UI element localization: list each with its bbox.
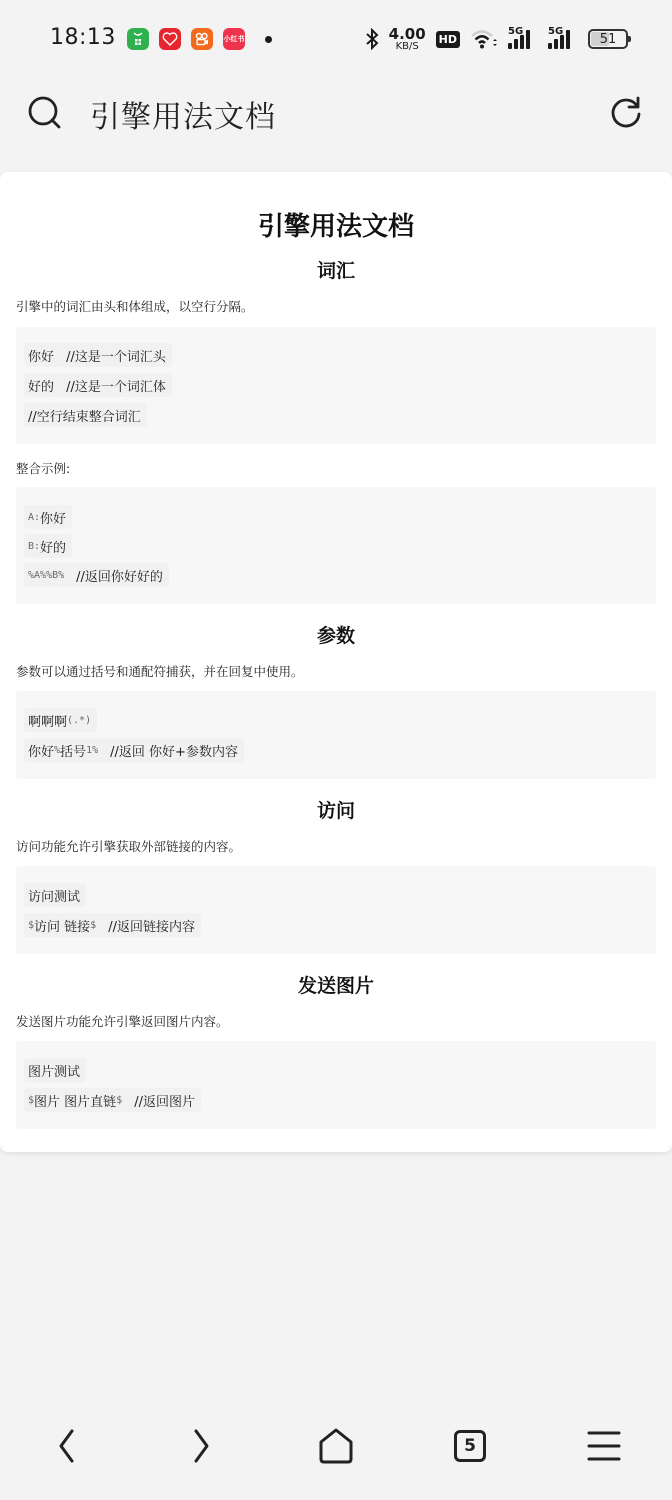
code-line: $图片 图片直链$ //返回图片	[24, 1088, 201, 1112]
code-line: 你好 //这是一个词汇头	[24, 343, 172, 367]
code-line: 啊啊啊(.*)	[24, 708, 97, 732]
home-button[interactable]	[316, 1426, 356, 1466]
section-heading-parameters: 参数	[0, 621, 672, 648]
section-heading-vocabulary: 词汇	[0, 256, 672, 283]
code-block: 图片测试 $图片 图片直链$ //返回图片	[16, 1041, 656, 1129]
section-paragraph: 引擎中的词汇由头和体组成，以空行分隔。	[16, 297, 254, 315]
system-indicators: 4.00 KB/S HD 5G 5G 51	[365, 26, 628, 52]
code-line: //空行结束整合词汇	[24, 403, 147, 427]
tabs-button[interactable]: 5	[450, 1426, 490, 1466]
code-line: 你好%括号1% //返回 你好+参数内容	[24, 738, 244, 762]
more-notifications-dot	[265, 36, 272, 43]
clock: 18:13	[50, 25, 116, 50]
address-bar-title[interactable]: 引擎用法文档	[90, 92, 276, 136]
heart-app-icon	[159, 28, 181, 50]
code-line: $访问 链接$ //返回链接内容	[24, 913, 201, 937]
battery-icon: 51	[588, 29, 628, 49]
code-block: 访问测试 $访问 链接$ //返回链接内容	[16, 866, 656, 954]
signal-strength-sim2: 5G	[548, 29, 578, 49]
bottom-navigation: 5	[0, 1390, 672, 1500]
section-heading-send-image: 发送图片	[0, 971, 672, 998]
section-paragraph: 访问功能允许引擎获取外部链接的内容。	[16, 837, 241, 855]
status-bar: 18:13 小红书 4.00 KB/S HD 5G	[0, 0, 672, 78]
xiaohongshu-icon: 小红书	[223, 28, 245, 50]
document-title: 引擎用法文档	[0, 206, 672, 243]
reload-icon[interactable]	[608, 94, 644, 130]
app-store-icon	[127, 28, 149, 50]
address-bar[interactable]: 引擎用法文档	[0, 78, 672, 148]
menu-button[interactable]	[584, 1426, 624, 1466]
hd-voice-icon: HD	[436, 31, 460, 48]
section-paragraph: 参数可以通过括号和通配符捕获，并在回复中使用。	[16, 662, 304, 680]
code-line: B:好的	[24, 534, 72, 558]
code-block: 啊啊啊(.*) 你好%括号1% //返回 你好+参数内容	[16, 691, 656, 779]
code-line: 访问测试	[24, 883, 86, 907]
notification-icons: 小红书	[127, 28, 272, 50]
forward-button[interactable]	[181, 1426, 221, 1466]
wifi-icon	[470, 28, 498, 50]
section-paragraph: 整合示例:	[16, 459, 70, 477]
code-line: 好的 //这是一个词汇体	[24, 373, 172, 397]
kuaishou-icon	[191, 28, 213, 50]
code-block: A:你好 B:好的 %A%%B% //返回你好好的	[16, 487, 656, 604]
network-speed: 4.00 KB/S	[389, 27, 426, 52]
section-paragraph: 发送图片功能允许引擎返回图片内容。	[16, 1012, 229, 1030]
signal-strength-sim1: 5G	[508, 29, 538, 49]
code-line: 图片测试	[24, 1058, 86, 1082]
code-line: A:你好	[24, 505, 72, 529]
code-block: 你好 //这是一个词汇头 好的 //这是一个词汇体 //空行结束整合词汇	[16, 327, 656, 444]
back-button[interactable]	[47, 1426, 87, 1466]
section-heading-access: 访问	[0, 796, 672, 823]
page-content: 引擎用法文档 词汇 引擎中的词汇由头和体组成，以空行分隔。 你好 //这是一个词…	[0, 172, 672, 1152]
search-icon[interactable]	[26, 94, 64, 132]
bluetooth-icon	[365, 28, 379, 50]
code-line: %A%%B% //返回你好好的	[24, 563, 169, 587]
tab-count: 5	[454, 1430, 486, 1462]
